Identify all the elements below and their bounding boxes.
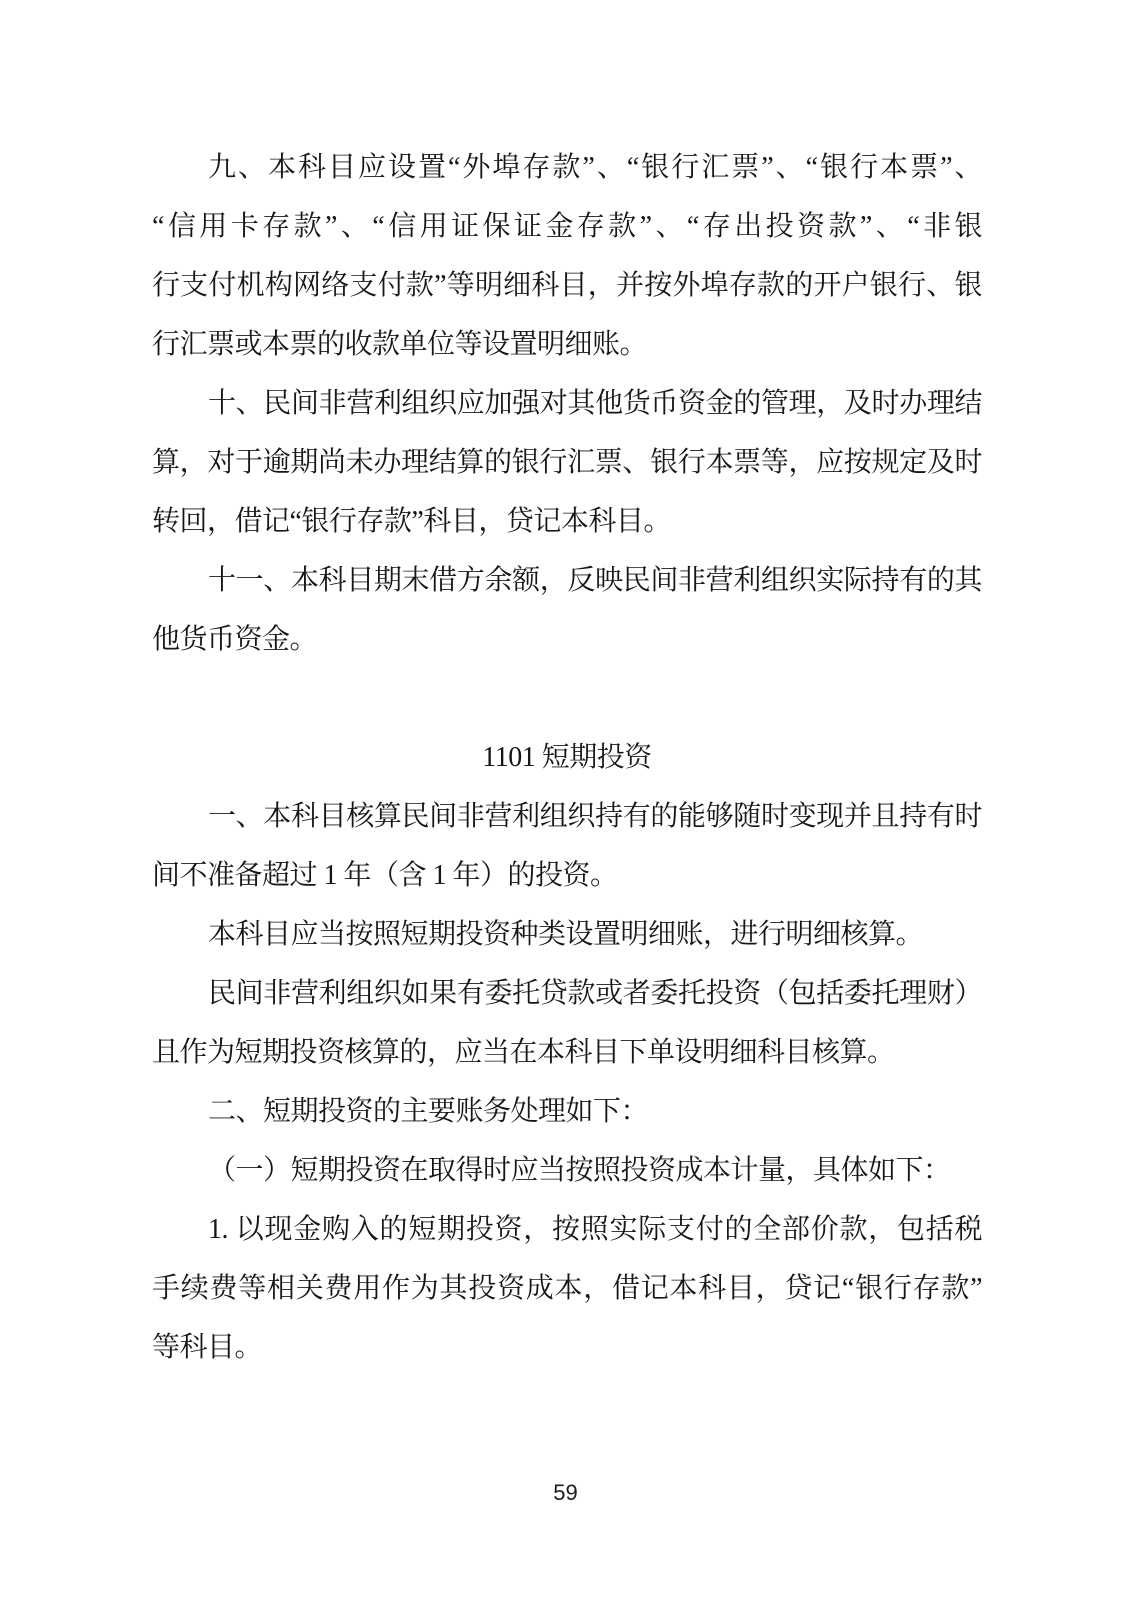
text-line: （一）短期投资在取得时应当按照投资成本计量，具体如下： (152, 1141, 982, 1200)
text-line: 等科目。 (152, 1318, 982, 1377)
document-body: 九、本科目应设置“外埠存款”、“银行汇票”、“银行本票”、“信用卡存款”、“信用… (152, 138, 982, 1377)
document-page: 九、本科目应设置“外埠存款”、“银行汇票”、“银行本票”、“信用卡存款”、“信用… (0, 0, 1131, 1600)
text-line: 间不准备超过 1 年（含 1 年）的投资。 (152, 846, 982, 905)
text-line: 民间非营利组织如果有委托贷款或者委托投资（包括委托理财） (152, 964, 982, 1023)
text-line: 九、本科目应设置“外埠存款”、“银行汇票”、“银行本票”、 (152, 138, 982, 197)
text-line: 一、本科目核算民间非营利组织持有的能够随时变现并且持有时 (152, 787, 982, 846)
text-line: 手续费等相关费用作为其投资成本，借记本科目，贷记“银行存款” (152, 1259, 982, 1318)
text-line: “信用卡存款”、“信用证保证金存款”、“存出投资款”、“非银 (152, 197, 982, 256)
text-line: 十一、本科目期末借方余额，反映民间非营利组织实际持有的其 (152, 551, 982, 610)
text-line: 本科目应当按照短期投资种类设置明细账，进行明细核算。 (152, 905, 982, 964)
page-number: 59 (0, 1478, 1131, 1508)
text-line: 1. 以现金购入的短期投资，按照实际支付的全部价款，包括税金、 (152, 1200, 982, 1259)
text-line: 算，对于逾期尚未办理结算的银行汇票、银行本票等，应按规定及时 (152, 433, 982, 492)
text-line: 转回，借记“银行存款”科目，贷记本科目。 (152, 492, 982, 551)
text-line: 行汇票或本票的收款单位等设置明细账。 (152, 315, 982, 374)
text-line: 二、短期投资的主要账务处理如下： (152, 1082, 982, 1141)
text-line: 他货币资金。 (152, 610, 982, 669)
text-line: 行支付机构网络支付款”等明细科目，并按外埠存款的开户银行、银 (152, 256, 982, 315)
text-line: 十、民间非营利组织应加强对其他货币资金的管理，及时办理结 (152, 374, 982, 433)
section-heading: 1101 短期投资 (152, 728, 982, 787)
text-line: 且作为短期投资核算的，应当在本科目下单设明细科目核算。 (152, 1023, 982, 1082)
blank-line (152, 669, 982, 728)
